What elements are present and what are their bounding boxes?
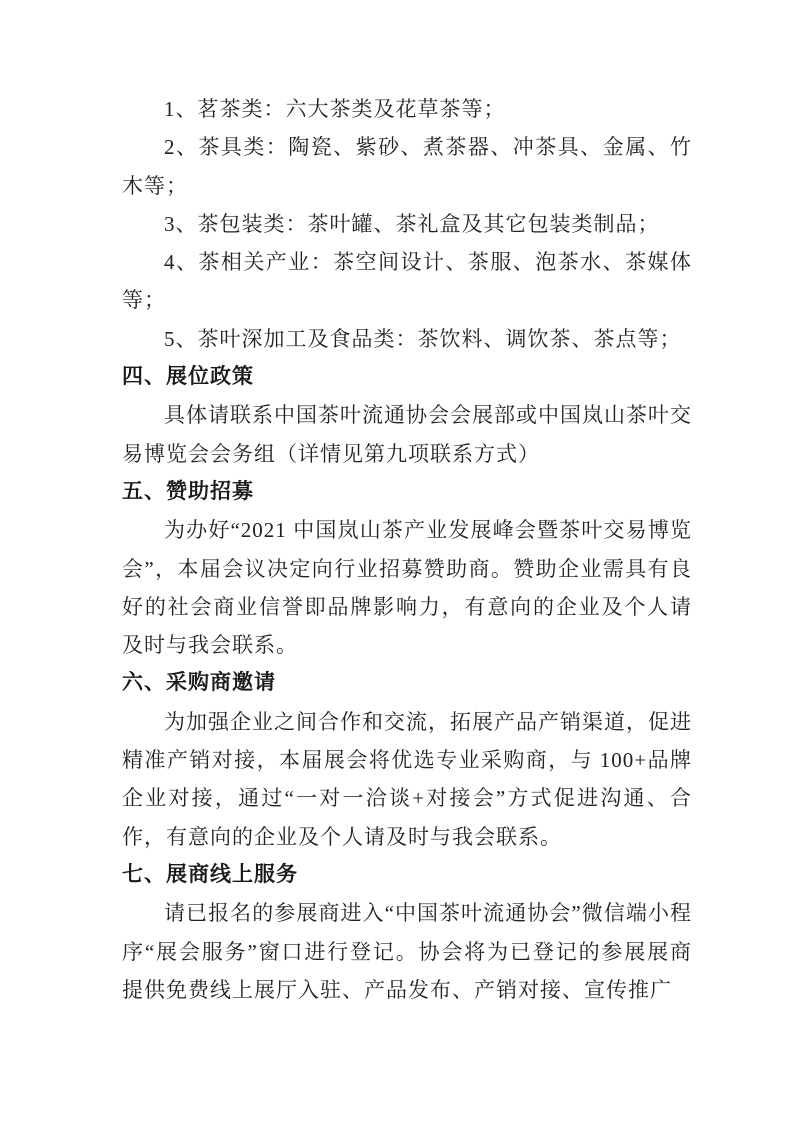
section-heading-sponsor-recruitment: 五、赞助招募	[122, 473, 692, 511]
paragraph-booth-policy: 具体请联系中国茶叶流通协会会展部或中国岚山茶叶交易博览会会务组（详情见第九项联系…	[122, 396, 692, 473]
list-item-tea-category-4: 4、茶相关产业：茶空间设计、茶服、泡茶水、茶媒体等；	[122, 243, 692, 320]
paragraph-exhibitor-online-service: 请已报名的参展商进入“中国茶叶流通协会”微信端小程序“展会服务”窗口进行登记。协…	[122, 894, 692, 1009]
paragraph-buyer-invitation: 为加强企业之间合作和交流，拓展产品产销渠道，促进精准产销对接，本届展会将优选专业…	[122, 703, 692, 856]
section-heading-buyer-invitation: 六、采购商邀请	[122, 664, 692, 702]
section-heading-booth-policy: 四、展位政策	[122, 358, 692, 396]
section-heading-exhibitor-online-service: 七、展商线上服务	[122, 856, 692, 894]
document-page: 1、茗茶类：六大茶类及花草茶等； 2、茶具类：陶瓷、紫砂、煮茶器、冲茶具、金属、…	[0, 0, 800, 1132]
paragraph-sponsor-recruitment: 为办好“2021 中国岚山茶产业发展峰会暨茶叶交易博览会”，本届会议决定向行业招…	[122, 511, 692, 664]
list-item-tea-category-3: 3、茶包装类：茶叶罐、茶礼盒及其它包装类制品；	[122, 205, 692, 243]
list-item-tea-category-1: 1、茗茶类：六大茶类及花草茶等；	[122, 90, 692, 128]
page-content: 1、茗茶类：六大茶类及花草茶等； 2、茶具类：陶瓷、紫砂、煮茶器、冲茶具、金属、…	[122, 90, 692, 1009]
list-item-tea-category-2: 2、茶具类：陶瓷、紫砂、煮茶器、冲茶具、金属、竹木等；	[122, 128, 692, 205]
list-item-tea-category-5: 5、茶叶深加工及食品类：茶饮料、调饮茶、茶点等；	[122, 320, 692, 358]
